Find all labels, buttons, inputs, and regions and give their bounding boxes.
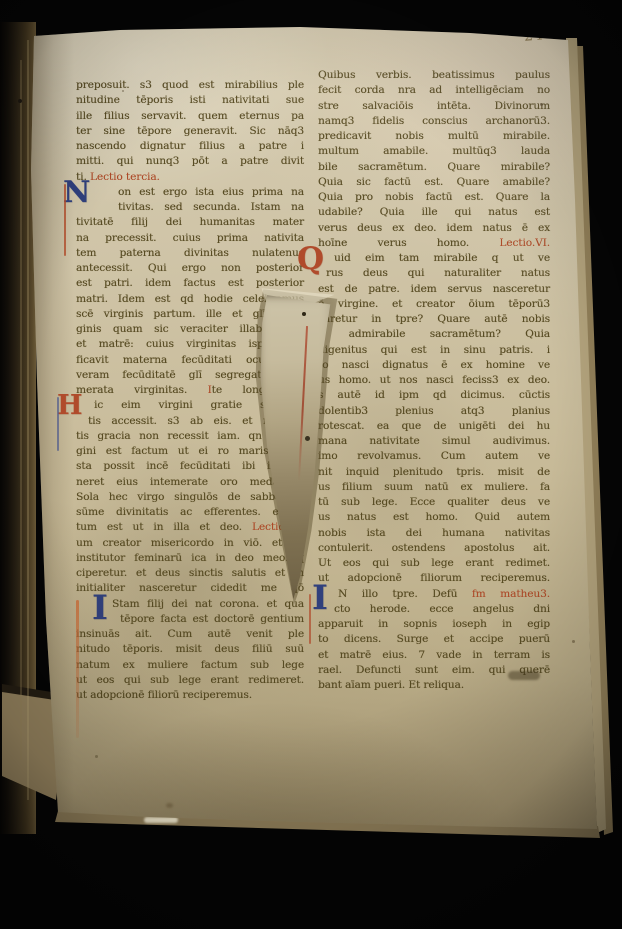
decorated-initial-i: I (312, 583, 328, 614)
text-line: cto herode. ecce angelus dni (334, 602, 550, 617)
body-text: ciperetur. et deus sinctis salutis et in (76, 567, 304, 579)
body-text: institutor feminarū ica in deo meo. q (76, 552, 304, 564)
page-edge-line (20, 60, 22, 760)
body-text: Ut eos qui sub lege erant redimet. (318, 557, 550, 569)
body-text: imo revolvamus. Cum autem ve (318, 450, 550, 462)
text-line: tivitas. sed secunda. Istam na (118, 200, 304, 215)
text-line: ter sine tēpore generavit. Sic nāq3 (76, 124, 304, 139)
text-line: apparuit in sopnis ioseph in egip (318, 617, 550, 632)
body-text: nitudo tēporis. misit deus filiū suū (76, 643, 304, 655)
body-text: ut adopcionē filiorū reciperemus. (76, 689, 252, 701)
text-line: rus deus qui naturaliter natus (326, 266, 550, 281)
stain-speck (95, 755, 98, 758)
decorated-initial-h: H (57, 394, 83, 418)
body-text: fecit corda nra ad intelligēciam no (318, 84, 550, 96)
body-text: est patri. idem factus est posterior (76, 277, 304, 289)
text-line: et matrē eius. 7 vade in terram is (318, 648, 550, 663)
body-text: Stam filij dei nat corona. et qua (112, 598, 304, 610)
text-line: nascendo dignatur filius a patre i (76, 139, 304, 154)
body-text: preposuit. s3 quod est mirabilius ple (76, 79, 304, 91)
page-edge-line (27, 40, 29, 800)
penwork-flourish-red (309, 594, 311, 644)
body-text: sūme divinitatis ac efferentes. et la (76, 506, 304, 518)
body-text: ē admirabile sacramētum? Quia (318, 328, 550, 340)
text-line: Sola hec virgo singulōs de sabba ne (76, 490, 304, 505)
body-text: ē virgine. et creator ōium tēporū3 (318, 298, 550, 310)
text-line: Ut eos qui sub lege erant redimet. (318, 556, 550, 571)
body-text: ut eos qui sub lege erant redimeret. (76, 674, 304, 686)
text-line: contulerit. ostendens apostolus ait. (318, 541, 550, 556)
ink-smudge (508, 671, 540, 680)
body-text: multum amabile. multūq3 lauda (318, 145, 550, 157)
text-line: bile sacramētum. Quare mirabile? (318, 160, 550, 175)
text-line: mana nativitate simul audivimus. (318, 434, 550, 449)
text-line: N illo tpre. Defū fm matheu3. (338, 587, 550, 602)
stain-speck (18, 99, 22, 103)
body-text: hoīne verus homo. (318, 237, 499, 249)
text-line: dolentib3 plenius atq3 planius (318, 404, 550, 419)
text-line: us natus est homo. Quid autem (318, 510, 550, 525)
stain-speck (572, 640, 575, 643)
penwork-flourish-red (64, 184, 66, 256)
body-text: us filium suum natū ex muliere. fa (318, 481, 550, 493)
text-line: imo revolvamus. Cum autem ve (318, 449, 550, 464)
body-text: tivitatē filij dei humanitas mater (76, 216, 304, 228)
text-line: institutor feminarū ica in deo meo. q (76, 551, 304, 566)
text-line: initialiter nasceretur cidedit me qō (76, 581, 304, 596)
text-line: na precessit. cuius prima nativita (76, 231, 304, 246)
text-line: natum ex muliere factum sub lege (76, 658, 304, 673)
text-line: tēpore facta est doctorē gentium (120, 612, 304, 627)
body-text: digenitus qui est in sinu patris. i (318, 344, 550, 356)
body-text: dolentib3 plenius atq3 planius (318, 405, 550, 417)
text-line: ille filius servavit. quem eternus pa (76, 109, 304, 124)
body-text: N illo tpre. Defū (338, 588, 472, 600)
text-line: Quibus verbis. beatissimus paulus (318, 68, 550, 83)
body-text: tem paterna divinitas nulatenus (76, 247, 304, 259)
body-text: uid eim tam mirabile q ut ve (334, 252, 550, 264)
body-text: est de patre. idem servus nasceretur (318, 283, 550, 295)
text-line: hoīne verus homo. Lectio.VI. (318, 236, 550, 251)
body-text: nitudine tēporis isti nativitati sue (76, 94, 304, 106)
body-text: rus deus qui naturaliter natus (326, 267, 550, 279)
text-line: ut adopcionē filiorum reciperemus. (318, 571, 550, 586)
body-text: Quibus verbis. beatissimus paulus (318, 69, 550, 81)
stain-speck (305, 436, 310, 441)
body-text: mitti. qui nunq3 pōt a patre divit (76, 155, 304, 167)
body-text: us natus est homo. Quid autem (318, 511, 550, 523)
body-text: ille filius servavit. quem eternus pa (76, 110, 304, 122)
body-text: antecessit. Qui ergo non posterior (76, 262, 304, 274)
body-text: insinuās ait. Cum autē venit ple (76, 628, 304, 640)
body-text: predicavit nobis multū mirabile. (318, 130, 550, 142)
text-line: nitudo tēporis. misit deus filiū suū (76, 642, 304, 657)
body-text: na precessit. cuius prima nativita (76, 232, 304, 244)
body-text: udabile? Quia ille qui natus est (318, 206, 550, 218)
photo-frame: preposuit. s3 quod est mirabilius plenit… (0, 0, 622, 929)
folio-number: 24 (523, 27, 544, 45)
stain-speck (122, 90, 124, 92)
text-line: digenitus qui est in sinu patris. i (318, 343, 550, 358)
body-text: tū sub lege. Ecce qualiter deus ve (318, 496, 550, 508)
body-text: nascendo dignatur filius a patre i (76, 140, 304, 152)
body-text: apparuit in sopnis ioseph in egip (318, 618, 550, 630)
text-line: tem paterna divinitas nulatenus (76, 246, 304, 261)
text-line: Quia pro nobis factū est. Quare la (318, 190, 550, 205)
stain-speck (540, 103, 543, 106)
text-line: namq3 fidelis conscius archanorū3. (318, 114, 550, 129)
text-line: s autē id ipm qd dicimus. cūctis (318, 388, 550, 403)
rubric-text: fm matheu3. (472, 588, 550, 600)
text-line: ē admirabile sacramētum? Quia (318, 327, 550, 342)
body-text: merata virginitas. (76, 384, 208, 396)
body-text: um creator misericordo in viō. et ex (76, 537, 304, 549)
decorated-initial-i: I (92, 593, 108, 624)
text-line: rotescat. ea que de unigēti dei hu (318, 419, 550, 434)
body-text: tēpore facta est doctorē gentium (120, 613, 304, 625)
text-line: mitti. qui nunq3 pōt a patre divit (76, 154, 304, 169)
body-text: initialiter nasceretur cidedit me qō (76, 582, 304, 594)
manuscript-page: preposuit. s3 quod est mirabilius plenit… (0, 0, 622, 929)
text-line: us filium suum natū ex muliere. fa (318, 480, 550, 495)
text-line: tū sub lege. Ecce qualiter deus ve (318, 495, 550, 510)
body-text: verus deus ex deo. idem natus ē ex (318, 222, 550, 234)
body-text: namq3 fidelis conscius archanorū3. (318, 115, 550, 127)
text-line: Quia sic factū est. Quare amabile? (318, 175, 550, 190)
text-line: udabile? Quia ille qui natus est (318, 205, 550, 220)
stain-speck (302, 312, 306, 316)
text-line: caretur in tpre? Quare autē nobis (318, 312, 550, 327)
text-line: bant aīam pueri. Et reliqua. (318, 678, 550, 693)
text-line: nitudine tēporis isti nativitati sue (76, 93, 304, 108)
text-line: us homo. ut nos nasci feciss3 ex deo. (318, 373, 550, 388)
body-text: us homo. ut nos nasci feciss3 ex deo. (318, 374, 550, 386)
body-text: Quia pro nobis factū est. Quare la (318, 191, 550, 203)
text-line: stre salvaciōis intēta. Divinorum (318, 99, 550, 114)
text-line: multum amabile. multūq3 lauda (318, 144, 550, 159)
text-line: to dicens. Surge et accipe puerū (318, 632, 550, 647)
text-line: um creator misericordo in viō. et ex (76, 536, 304, 551)
body-text: mana nativitate simul audivimus. (318, 435, 550, 447)
text-line: predicavit nobis multū mirabile. (318, 129, 550, 144)
stain-speck (166, 803, 173, 808)
text-line: sūme divinitatis ac efferentes. et la (76, 505, 304, 520)
text-line: to nasci dignatus ē ex homine ve (318, 358, 550, 373)
body-text: et matrē eius. 7 vade in terram is (318, 649, 550, 661)
rubric-text: Lectio tercia. (90, 171, 160, 183)
text-line: ciperetur. et deus sinctis salutis et in (76, 566, 304, 581)
text-line: on est ergo ista eius prima na (118, 185, 304, 200)
body-text: to nasci dignatus ē ex homine ve (318, 359, 550, 371)
repair-stitch-line (297, 326, 307, 481)
body-text: tum est ut in illa et deo. (76, 521, 252, 533)
text-line: ut eos qui sub lege erant redimeret. (76, 673, 304, 688)
page-edge-glint (144, 817, 178, 823)
text-line: insinuās ait. Cum autē venit ple (76, 627, 304, 642)
body-text: Sola hec virgo singulōs de sabba ne (76, 491, 304, 503)
body-text: nobis ista dei humana nativitas (318, 527, 550, 539)
body-text: bile sacramētum. Quare mirabile? (318, 161, 550, 173)
text-line: ti. Lectio tercia. (76, 170, 304, 185)
body-text: to dicens. Surge et accipe puerū (318, 633, 550, 645)
text-line: ut adopcionē filiorū reciperemus. (76, 688, 304, 703)
text-line: tivitatē filij dei humanitas mater (76, 215, 304, 230)
text-line: preposuit. s3 quod est mirabilius ple (76, 78, 304, 93)
body-text: ut adopcionē filiorum reciperemus. (318, 572, 550, 584)
body-text: on est ergo ista eius prima na (118, 186, 304, 198)
body-text: rotescat. ea que de unigēti dei hu (318, 420, 550, 432)
body-text: ter sine tēpore generavit. Sic nāq3 (76, 125, 304, 137)
body-text: tivitas. sed secunda. Istam na (118, 201, 304, 213)
body-text: natum ex muliere factum sub lege (76, 659, 304, 671)
text-line: nobis ista dei humana nativitas (318, 526, 550, 541)
body-text: s autē id ipm qd dicimus. cūctis (318, 389, 550, 401)
text-line: fecit corda nra ad intelligēciam no (318, 83, 550, 98)
body-text: Quia sic factū est. Quare amabile? (318, 176, 550, 188)
text-line: nit inquid plenitudo tpris. misit de (318, 465, 550, 480)
penwork-flourish-blue (57, 397, 59, 451)
body-text: stre salvaciōis intēta. Divinorum (318, 100, 550, 112)
rubric-text: Lectio.VI. (499, 237, 550, 249)
text-line: antecessit. Qui ergo non posterior (76, 261, 304, 276)
body-text: bant aīam pueri. Et reliqua. (318, 679, 464, 691)
body-text: contulerit. ostendens apostolus ait. (318, 542, 550, 554)
text-line: ē virgine. et creator ōium tēporū3 (318, 297, 550, 312)
penwork-flourish-orange (76, 600, 79, 738)
text-line: verus deus ex deo. idem natus ē ex (318, 221, 550, 236)
text-line: est de patre. idem servus nasceretur (318, 282, 550, 297)
decorated-initial-q: Q (297, 246, 324, 274)
body-text: nit inquid plenitudo tpris. misit de (318, 466, 550, 478)
body-text: caretur in tpre? Quare autē nobis (318, 313, 550, 325)
text-line: uid eim tam mirabile q ut ve (334, 251, 550, 266)
text-line: tum est ut in illa et deo. Lectio.iiij. (76, 520, 304, 535)
text-line: Stam filij dei nat corona. et qua (112, 597, 304, 612)
body-text: cto herode. ecce angelus dni (334, 603, 550, 615)
decorated-initial-n: N (63, 179, 90, 206)
